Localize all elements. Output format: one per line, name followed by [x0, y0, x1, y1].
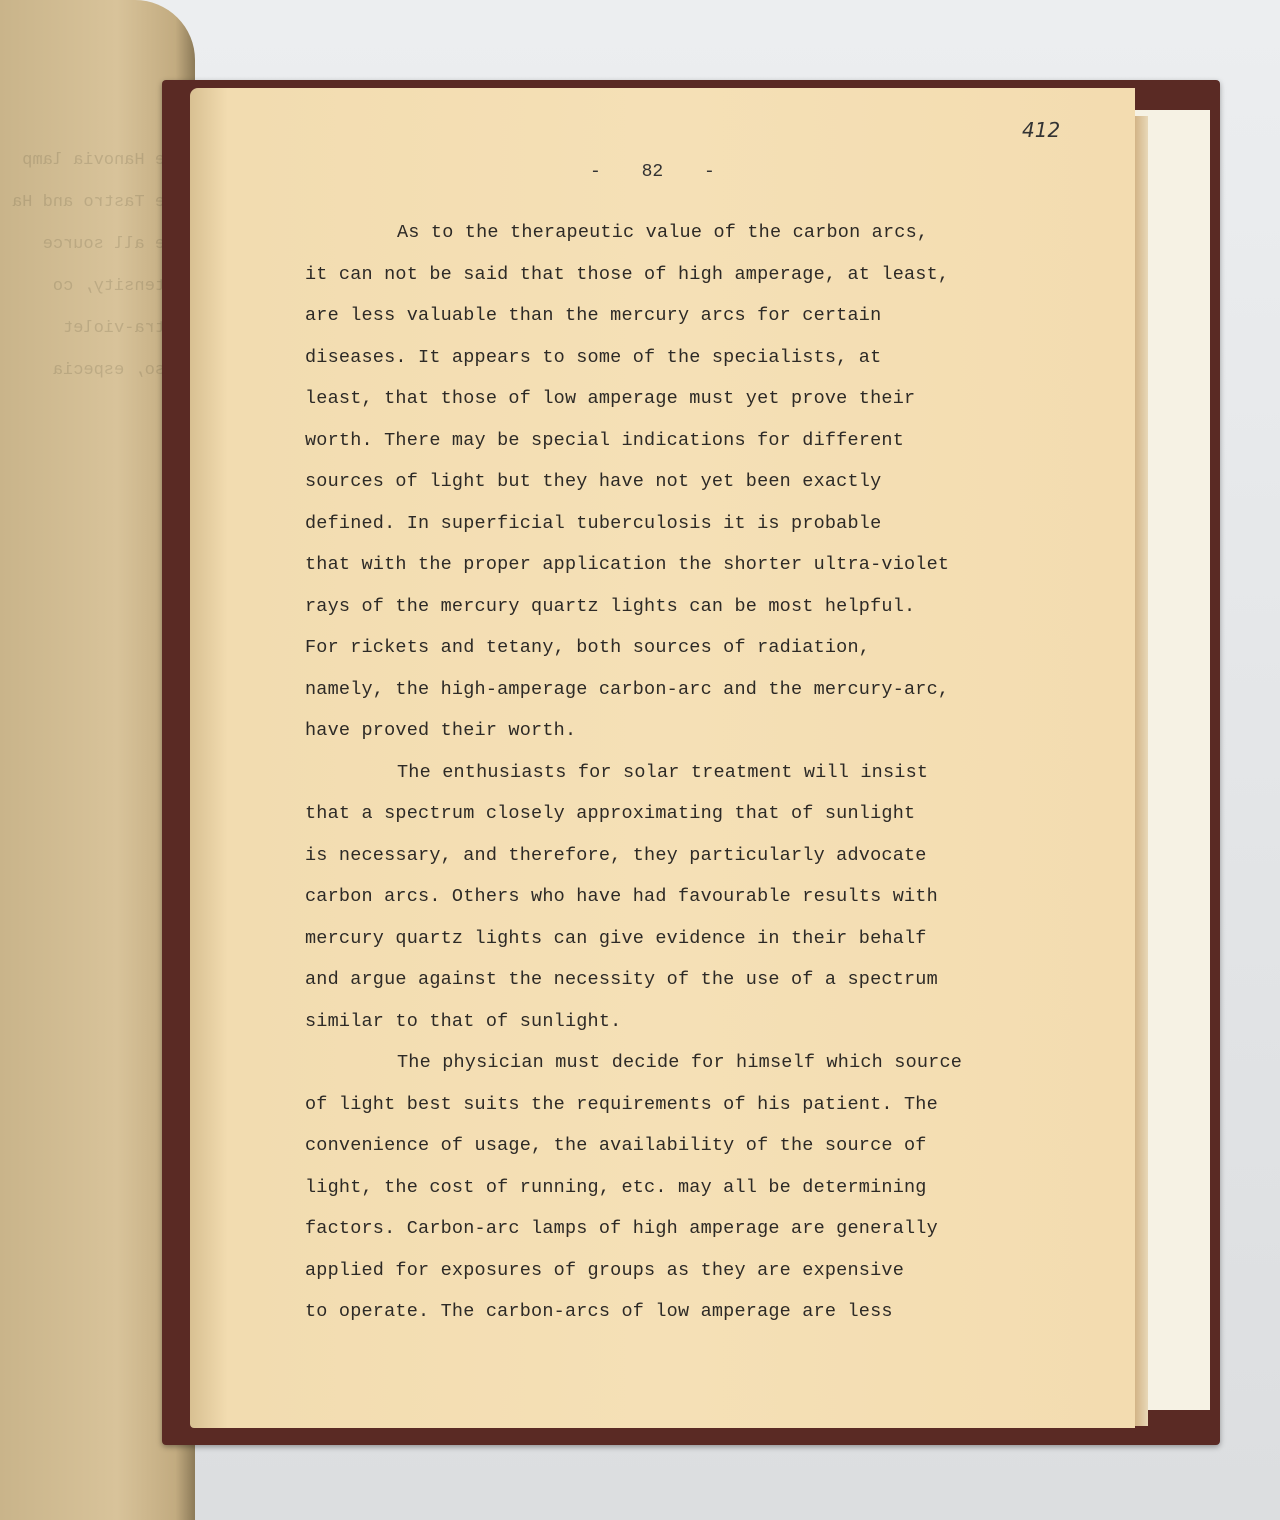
text-line: of light best suits the requirements of … [305, 1084, 1025, 1126]
paragraph-2: The enthusiasts for solar treatment will… [305, 752, 1025, 1043]
ghost-line: ultra-violet [12, 308, 185, 350]
text-line: that with the proper application the sho… [305, 544, 1025, 586]
body-text: As to the therapeutic value of the carbo… [305, 212, 1025, 1333]
text-line: least, that those of low amperage must y… [305, 378, 1025, 420]
text-line: have proved their worth. [305, 710, 1025, 752]
ghost-line: The Hanovia lamp [12, 140, 185, 182]
text-line: The enthusiasts for solar treatment will… [305, 752, 1025, 794]
ghost-line: also, especia [12, 350, 185, 392]
text-line: worth. There may be special indications … [305, 420, 1025, 462]
text-line: and argue against the necessity of the u… [305, 959, 1025, 1001]
text-line: The physician must decide for himself wh… [305, 1042, 1025, 1084]
text-line: light, the cost of running, etc. may all… [305, 1167, 1025, 1209]
bleed-through-text: The Hanovia lamp the Tastro and Ha are a… [12, 140, 185, 392]
text-line: similar to that of sunlight. [305, 1001, 1025, 1043]
text-line: are less valuable than the mercury arcs … [305, 295, 1025, 337]
text-line: As to the therapeutic value of the carbo… [305, 212, 1025, 254]
ghost-line: intensity, co [12, 266, 185, 308]
text-line: is necessary, and therefore, they partic… [305, 835, 1025, 877]
text-line: namely, the high-amperage carbon-arc and… [305, 669, 1025, 711]
paragraph-3: The physician must decide for himself wh… [305, 1042, 1025, 1333]
page-number: - 82 - [590, 162, 715, 182]
text-line: that a spectrum closely approximating th… [305, 793, 1025, 835]
text-line: convenience of usage, the availability o… [305, 1125, 1025, 1167]
text-line: For rickets and tetany, both sources of … [305, 627, 1025, 669]
text-line: sources of light but they have not yet b… [305, 461, 1025, 503]
ghost-line: the Tastro and Ha [12, 182, 185, 224]
text-line: rays of the mercury quartz lights can be… [305, 586, 1025, 628]
ghost-line: are all source [12, 224, 185, 266]
text-line: applied for exposures of groups as they … [305, 1250, 1025, 1292]
handwritten-folio: 412 [1022, 118, 1060, 142]
text-line: carbon arcs. Others who have had favoura… [305, 876, 1025, 918]
text-line: diseases. It appears to some of the spec… [305, 337, 1025, 379]
text-line: to operate. The carbon-arcs of low amper… [305, 1291, 1025, 1333]
text-line: defined. In superficial tuberculosis it … [305, 503, 1025, 545]
text-line: it can not be said that those of high am… [305, 254, 1025, 296]
text-line: factors. Carbon-arc lamps of high ampera… [305, 1208, 1025, 1250]
paragraph-1: As to the therapeutic value of the carbo… [305, 212, 1025, 752]
text-line: mercury quartz lights can give evidence … [305, 918, 1025, 960]
